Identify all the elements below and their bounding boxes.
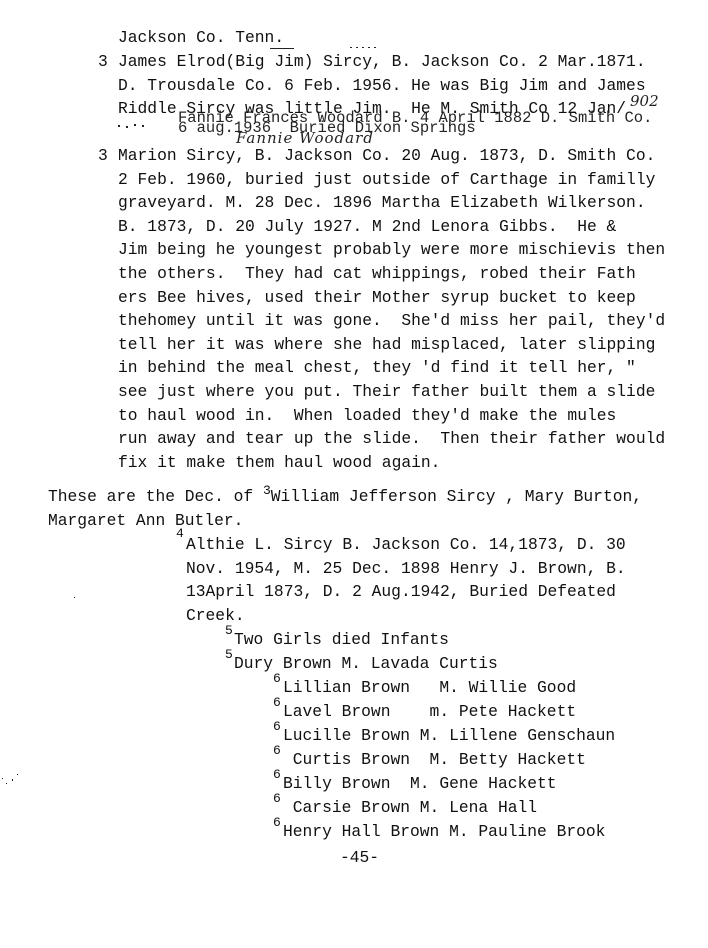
- page-number: -45-: [340, 848, 379, 868]
- text-line: in behind the meal chest, they 'd find i…: [118, 358, 636, 378]
- descendant-line: Two Girls died Infants: [234, 630, 449, 650]
- text-line: B. 1873, D. 20 July 1927. M 2nd Lenora G…: [118, 217, 616, 237]
- underline-mark: [270, 48, 294, 49]
- ink-speck: [2, 778, 3, 779]
- ink-speck: [118, 125, 120, 127]
- text-line: Creek.: [186, 606, 245, 626]
- generation-superscript: 6: [273, 792, 281, 806]
- ink-speck: [142, 125, 144, 127]
- generation-superscript: 4: [176, 527, 184, 541]
- section-intro: These are the Dec. of 3William Jefferson…: [48, 487, 642, 507]
- generation-superscript: 6: [273, 672, 281, 686]
- generation-number: 3: [98, 52, 108, 72]
- intro-text: William Jefferson Sircy , Mary Burton,: [271, 487, 642, 506]
- ink-speck: [17, 774, 18, 775]
- text-line: run away and tear up the slide. Then the…: [118, 429, 665, 449]
- descendant-line: Henry Hall Brown M. Pauline Brook: [283, 822, 605, 842]
- generation-superscript: 5: [225, 648, 233, 662]
- section-intro-cont: Margaret Ann Butler.: [48, 511, 243, 531]
- text-line: Jim being he youngest probably were more…: [118, 240, 665, 260]
- ink-speck: [12, 779, 13, 781]
- generation-superscript: 6: [273, 744, 281, 758]
- descendant-line: Billy Brown M. Gene Hackett: [283, 774, 557, 794]
- ink-speck: [74, 597, 75, 598]
- text-line: ers Bee hives, used their Mother syrup b…: [118, 288, 636, 308]
- text-line: tell her it was where she had misplaced,…: [118, 335, 655, 355]
- text-line: the others. They had cat whippings, robe…: [118, 264, 636, 284]
- descendant-line: Lucille Brown M. Lillene Genschaun: [283, 726, 615, 746]
- generation-superscript: 6: [273, 768, 281, 782]
- text-line: 13April 1873, D. 2 Aug.1942, Buried Defe…: [186, 582, 616, 602]
- handwritten-name: Fannie Woodard: [236, 129, 374, 147]
- text-line: fix it make them haul wood again.: [118, 453, 440, 473]
- text-line: Althie L. Sircy B. Jackson Co. 14,1873, …: [186, 535, 626, 555]
- text-line: James Elrod(Big Jim) Sircy, B. Jackson C…: [118, 52, 646, 72]
- dotted-mark: [350, 47, 380, 48]
- descendant-line: Curtis Brown M. Betty Hackett: [283, 750, 586, 770]
- generation-superscript: 6: [273, 816, 281, 830]
- text-line: 2 Feb. 1960, buried just outside of Cart…: [118, 170, 655, 190]
- text-line: D. Trousdale Co. 6 Feb. 1956. He was Big…: [118, 76, 646, 96]
- generation-superscript: 5: [225, 624, 233, 638]
- text-line: thehomey until it was gone. She'd miss h…: [118, 311, 665, 331]
- descendant-line: Carsie Brown M. Lena Hall: [283, 798, 537, 818]
- generation-superscript: 6: [273, 720, 281, 734]
- generation-number: 3: [98, 146, 108, 166]
- text-line: graveyard. M. 28 Dec. 1896 Martha Elizab…: [118, 193, 646, 213]
- descendant-line: Lavel Brown m. Pete Hackett: [283, 702, 576, 722]
- text-line: Marion Sircy, B. Jackson Co. 20 Aug. 187…: [118, 146, 655, 166]
- descendant-line: Lillian Brown M. Willie Good: [283, 678, 576, 698]
- ink-speck: [6, 783, 7, 784]
- generation-superscript: 3: [263, 483, 271, 498]
- text-line: Nov. 1954, M. 25 Dec. 1898 Henry J. Brow…: [186, 559, 626, 579]
- generation-superscript: 6: [273, 696, 281, 710]
- intro-text: These are the Dec. of: [48, 487, 263, 506]
- ink-speck: [134, 124, 136, 126]
- document-page: Jackson Co. Tenn. 3 James Elrod(Big Jim)…: [0, 0, 708, 948]
- text-line: to haul wood in. When loaded they'd make…: [118, 406, 616, 426]
- text-line: see just where you put. Their father bui…: [118, 382, 655, 402]
- ink-speck: [126, 126, 128, 128]
- text-line: Jackson Co. Tenn.: [118, 28, 284, 48]
